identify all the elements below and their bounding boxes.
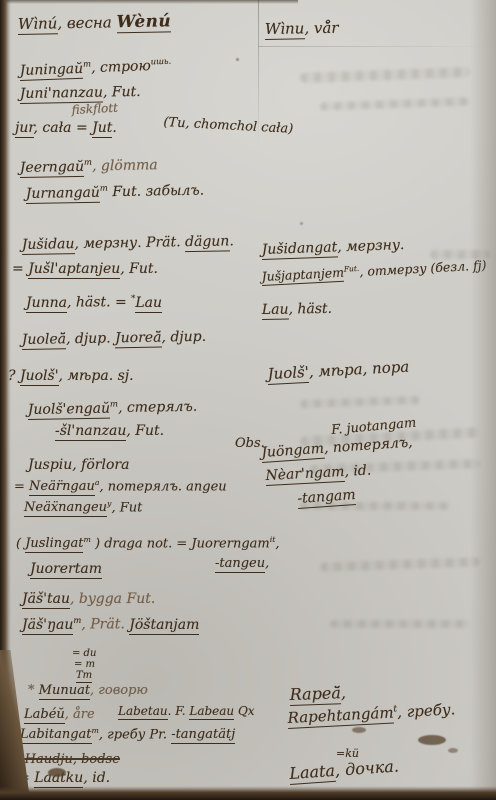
text-segment: , мѣра, пора [308, 358, 409, 381]
entry-nearngau: = Neär̈ngaua, потерялъ. angeu [14, 479, 227, 495]
headword: Jäš'ŋau [22, 617, 73, 635]
entry-juorertam: Juorertam [30, 562, 102, 577]
text-segment: , гребу. [397, 700, 456, 721]
headword: Lau [262, 302, 289, 320]
text-segment: , дочка. [334, 756, 399, 779]
headword: Rapehtangám [287, 703, 394, 729]
text-segment: = m [74, 659, 95, 670]
headword: Munuat [39, 683, 90, 700]
manuscript-page-photo: Wìnú, весна WènúWìnu, vå̆rJuningaŭm, стр… [0, 0, 496, 800]
headword: Juolš' [20, 368, 59, 386]
entry-laata: Laata, дочка. [289, 757, 400, 782]
text-segment: , cała = [34, 120, 93, 136]
bleed-through-ghost [320, 557, 480, 572]
text-segment: =kü [336, 747, 359, 760]
entry-labeu: Labéŭ, åre [24, 708, 95, 722]
headword: Neär̈ngau [29, 479, 95, 496]
entry-winu-left: Wìnú, весна Wènú [18, 11, 172, 32]
note-tu-chomchol: (Tu, chomchol cała) [163, 116, 294, 137]
entry-juningau: Juningaŭm, строюишь. [19, 57, 171, 79]
entry-juspiu: Juspiu, förlora [28, 458, 129, 473]
ink-speck [236, 58, 239, 61]
text-segment: , häst. [288, 301, 332, 318]
text-segment: , bygga Fut. [70, 591, 155, 607]
text-segment: Haudju, bodse [25, 752, 120, 767]
text-segment: (Tu, chomchol cała) [163, 115, 294, 137]
headword: Jöštanjam [129, 617, 199, 635]
entry-munuat: * Munuat, говорю [28, 684, 148, 698]
headword: dägun [185, 233, 230, 252]
text-segment: , [275, 536, 279, 551]
ink-speck [352, 727, 366, 733]
headword: Junna [26, 295, 67, 313]
text-segment: . [229, 233, 234, 249]
text-segment: Qx [234, 704, 254, 718]
text-segment: * [28, 683, 39, 698]
text-segment: , отмерзу (безл. fj) [359, 257, 487, 279]
entry-jur: jur, cała = Jut. [15, 121, 117, 136]
headword: Jäš'tau [22, 591, 70, 609]
ink-blot [418, 735, 446, 745]
text-segment: , åre [65, 707, 95, 722]
text-segment: , djup. [66, 330, 115, 347]
entry-juongam: Juöngam, потерялъ, [261, 435, 413, 461]
bleed-through-ghost [300, 396, 420, 408]
entry-tangam: -tangam [297, 488, 356, 507]
text-segment: , весна [57, 13, 116, 32]
entry-juolea: Juoleä̆, djup. Juoreä̆, djup. [22, 330, 207, 349]
text-segment: Juspiu, förlora [28, 457, 129, 473]
headword: Neäẍnangeu [24, 500, 107, 517]
headword: Jut [92, 120, 112, 138]
headword: Tm [76, 670, 92, 683]
headword: Jurnangaŭ [26, 184, 100, 203]
text-segment: = [14, 479, 29, 494]
text-segment: , мерзну. [337, 237, 405, 255]
page-edge-shadow [0, 786, 496, 800]
text-segment: m [83, 535, 90, 544]
bleed-through-ghost [320, 97, 470, 110]
text-segment: Fut. забылъ. [108, 183, 205, 201]
headword: -šl'nanzau [55, 423, 126, 441]
entry-jusjaptanjem: JušjaptanjemFut., отмерзу (безл. fj) [261, 258, 486, 284]
headword: Jušl'aptanjeu [28, 261, 120, 279]
text-segment: , id. [344, 462, 372, 479]
page-edge-shadow [470, 0, 496, 800]
headword: Juningaŭ [19, 60, 83, 80]
text-segment: , говорю [90, 683, 148, 698]
headword: Labitangat [20, 727, 92, 744]
headword: Jušidau [22, 236, 75, 255]
headword: Lau [135, 295, 162, 313]
entry-juslingat: ( Juslingatm ) draga not. = Juorerngamit… [16, 536, 280, 552]
text-segment: , vå̆r [304, 19, 338, 38]
entry-junna: Junna, häst. = *Lau [26, 294, 162, 311]
text-segment: , Fut. [120, 261, 158, 277]
text-segment: , Fut [111, 500, 142, 515]
text-segment: , потерялъ. angeu [100, 479, 227, 494]
headword: jur [15, 120, 34, 138]
text-segment: m [92, 726, 99, 735]
headword: Labetau [118, 704, 168, 720]
text-segment: Fut. [344, 264, 360, 274]
text-segment: fiskflott [71, 101, 118, 117]
headword: Wènú [116, 10, 171, 33]
text-segment: = du [72, 648, 96, 659]
entry-rapea: Rapeä̆, [289, 684, 346, 704]
page-crease [258, 0, 259, 148]
binding-edge [0, 650, 30, 800]
entry-jasnau: Jäš'ŋaum, Prät. Jöštanjam [22, 616, 199, 633]
text-segment: , djup. [161, 329, 206, 346]
text-segment: , Fut. [126, 423, 164, 439]
text-segment: , id. [83, 770, 110, 786]
entry-lau: Lau, häst. [262, 302, 332, 319]
page-edge-shadow [0, 0, 298, 4]
entry-juninanzau: Juni'nanzau, Fut. [20, 85, 141, 102]
entry-jurnangau: Jurnangaŭm Fut. забылъ. [26, 182, 205, 202]
ink-speck [448, 748, 458, 753]
bleed-through-ghost [330, 620, 470, 628]
headword: Nèar'ngam [265, 464, 345, 486]
text-segment: . [112, 120, 116, 136]
headword: Labeau [189, 704, 234, 720]
entry-haudju-struck: * Haudju, bodse [14, 753, 120, 767]
text-segment: = [12, 261, 28, 277]
headword: Rapeä̆ [289, 683, 341, 706]
text-segment: , glömma [92, 157, 158, 174]
entry-neaxnangeu: Neäẍnangeuy, Fut [24, 500, 142, 516]
headword: Juolš'engaŭ [28, 400, 111, 419]
entry-juols-left: ? Juolš', мѣра. sj. [8, 369, 134, 384]
headword: Jušidangat [261, 239, 337, 260]
text-segment: , [265, 556, 269, 571]
headword: -tangatätj [171, 727, 235, 744]
text-segment: , мѣра. sj. [59, 368, 134, 384]
entry-juols-right: Juolš', мѣра, пора [267, 359, 410, 383]
headword: Jušjaptanjem [261, 265, 344, 286]
text-segment: . F. [168, 704, 190, 718]
headword: Wìnú [18, 14, 58, 35]
entry-tangeu: -tangeu, [215, 557, 269, 571]
headword: -tangeu [215, 556, 265, 573]
text-segment: , häst. = [67, 295, 131, 311]
headword: Juorertam [30, 561, 102, 579]
text-segment: ишь. [150, 56, 171, 67]
headword: Jeerngaŭ [20, 159, 85, 178]
text-segment: , [341, 683, 347, 702]
note-fiskflott: fiskflott [71, 102, 118, 118]
note-tm: Tm [76, 670, 92, 681]
entry-jastau: Jäš'tau, bygga Fut. [22, 592, 155, 607]
text-segment: ( [16, 536, 25, 551]
text-segment: , Fut. [103, 84, 141, 101]
text-segment: , стерялъ. [118, 399, 198, 416]
bleed-through-ghost [300, 67, 470, 83]
page-crease [258, 46, 486, 47]
headword: Juoreä̆ [115, 330, 162, 349]
headword: Juöngam [261, 441, 325, 463]
entry-labitangat: Labitangatm, гребу Pr. -tangatätj [20, 727, 235, 743]
entry-jusidau: Jušidau, мерзну. Prät. dägun. [22, 234, 234, 253]
text-segment: , строю [91, 58, 151, 76]
note-ku: =kü [336, 748, 359, 760]
entry-juslaptanjeu: = Jušl'aptanjeu, Fut. [12, 262, 158, 277]
ink-blot [48, 768, 66, 777]
headword: Wìnu [265, 19, 305, 40]
headword: Juolš' [267, 363, 309, 385]
note-labetau: Labetau. F. Labeau Qx [118, 705, 255, 718]
ink-speck [300, 222, 303, 225]
entry-jeerngau: Jeerngaŭm, glömma [20, 157, 158, 176]
headword: Juslingat [25, 536, 83, 553]
text-segment: , гребу Pr. [99, 727, 171, 742]
text-segment: , Prät. [81, 617, 129, 633]
entry-winu-right: Wìnu, vå̆r [265, 20, 339, 38]
text-segment: m [100, 183, 108, 193]
entry-nearngam: Nèar'ngam, id. [265, 463, 371, 484]
entry-jusidangat: Jušidangat, мерзну. [261, 238, 404, 258]
headword: Juoleä̆ [22, 331, 66, 350]
text-segment: Juorerngam [191, 536, 269, 551]
note-m: = m [74, 659, 95, 670]
headword: Laata [289, 761, 336, 785]
note-du: = du [72, 648, 96, 659]
entry-juolsengau: Juolš'engaŭm, стерялъ. [28, 398, 198, 418]
entry-slnanzau: -šl'nanzau, Fut. [55, 424, 164, 439]
text-segment: ) draga not. = [91, 536, 192, 551]
headword: Labéŭ [24, 707, 65, 724]
text-segment: , мерзну. Prät. [74, 234, 185, 252]
